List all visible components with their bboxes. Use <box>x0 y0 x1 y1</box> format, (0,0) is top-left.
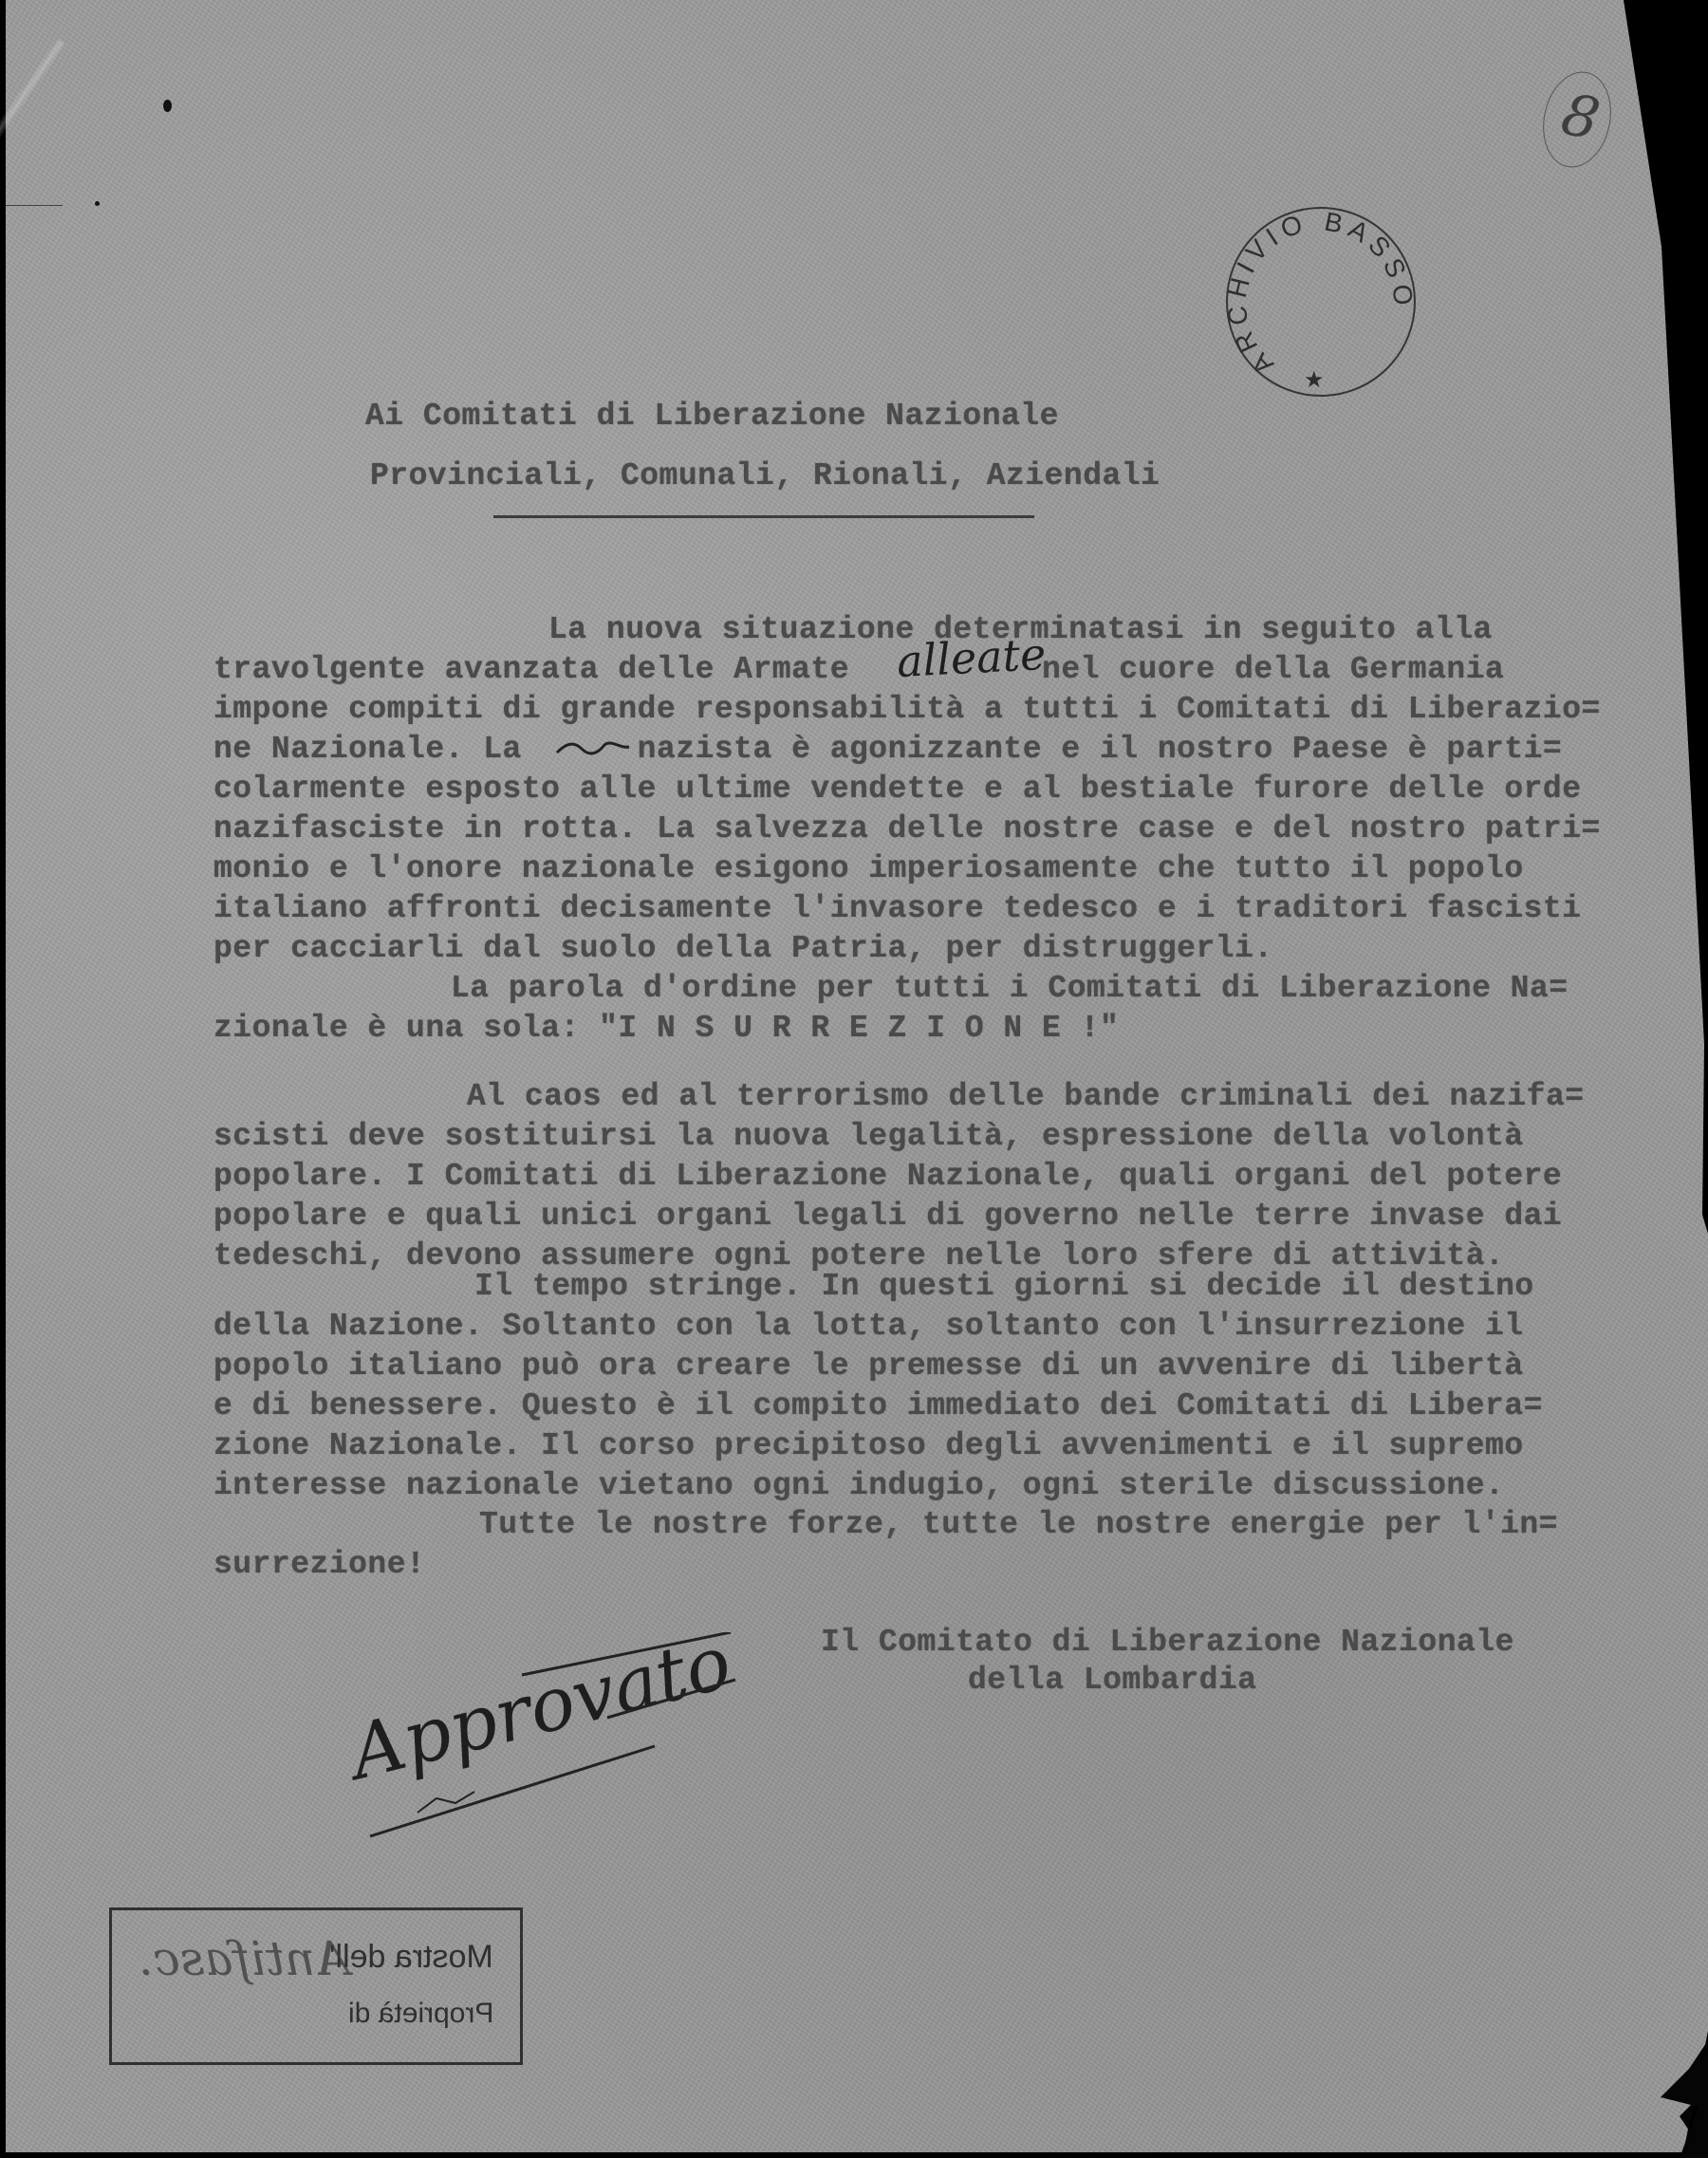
handwritten-insert: alleate <box>896 628 1048 687</box>
body-line: travolgente avanzata delle Armate nel cu… <box>213 652 1504 687</box>
body-line: popolare e quali unici organi legali di … <box>213 1199 1562 1234</box>
body-line: Il tempo stringe. In questi giorni si de… <box>474 1269 1534 1304</box>
body-line: surrezione! <box>213 1547 425 1582</box>
signature-strokes <box>351 1632 750 1851</box>
document-page <box>6 0 1708 2152</box>
star-icon: ★ <box>1304 366 1325 393</box>
ink-spot <box>163 100 172 112</box>
body-line: della Nazione. Soltanto con la lotta, so… <box>213 1309 1524 1344</box>
header-underline <box>493 515 1034 518</box>
property-stamp-line-2: Proprietà di <box>348 1998 493 2030</box>
property-stamp-handwriting: Antifasc. <box>139 1931 349 1986</box>
signature-line-1: Il Comitato di Liberazione Nazionale <box>821 1625 1514 1660</box>
body-line: e di benessere. Questo è il compito imme… <box>213 1388 1543 1423</box>
body-line: per cacciarli dal suolo della Patria, pe… <box>213 931 1273 966</box>
svg-text:ARCHIVIO BASSO: ARCHIVIO BASSO <box>1221 206 1419 381</box>
archive-stamp: ARCHIVIO BASSO ★ <box>1216 197 1421 402</box>
body-line: zionale è una sola: "I N S U R R E Z I O… <box>213 1011 1119 1046</box>
body-line: Al caos ed al terrorismo delle bande cri… <box>467 1079 1585 1114</box>
signature-line-2: della Lombardia <box>968 1663 1257 1698</box>
body-line: colarmente esposto alle ultime vendette … <box>213 772 1582 807</box>
body-line: La parola d'ordine per tutti i Comitati … <box>451 971 1569 1006</box>
body-line: interesse nazionale vietano ogni indugio… <box>213 1468 1504 1503</box>
property-stamp: Mostra dell' Proprietà di Antifasc. <box>109 1907 523 2065</box>
body-line: monio e l'onore nazionale esigono imperi… <box>213 851 1524 886</box>
header-line-1: Ai Comitati di Liberazione Nazionale <box>365 399 1059 434</box>
ink-spot <box>95 201 100 206</box>
torn-corner <box>1642 2040 1708 2158</box>
property-stamp-line-1: Mostra dell' <box>329 1939 493 1976</box>
body-line: scisti deve sostituirsi la nuova legalit… <box>213 1119 1524 1154</box>
header-line-2: Provinciali, Comunali, Rionali, Aziendal… <box>370 458 1160 493</box>
body-line: zione Nazionale. Il corso precipitoso de… <box>213 1428 1524 1463</box>
body-line: impone compiti di grande responsabilità … <box>213 692 1601 727</box>
edge-mark <box>6 205 63 206</box>
body-line: popolare. I Comitati di Liberazione Nazi… <box>213 1159 1562 1194</box>
page-number: 8 <box>1556 82 1606 154</box>
body-line: italiano affronti decisamente l'invasore… <box>213 891 1582 926</box>
strikethrough-scribble <box>555 735 631 764</box>
archive-stamp-text: ARCHIVIO BASSO <box>1221 206 1419 381</box>
body-line: ne Nazionale. La nazista è agonizzante e… <box>213 732 1562 767</box>
body-line: Tutte le nostre forze, tutte le nostre e… <box>479 1507 1558 1542</box>
body-line: nazifasciste in rotta. La salvezza delle… <box>213 811 1601 846</box>
body-line: popolo italiano può ora creare le premes… <box>213 1349 1524 1384</box>
